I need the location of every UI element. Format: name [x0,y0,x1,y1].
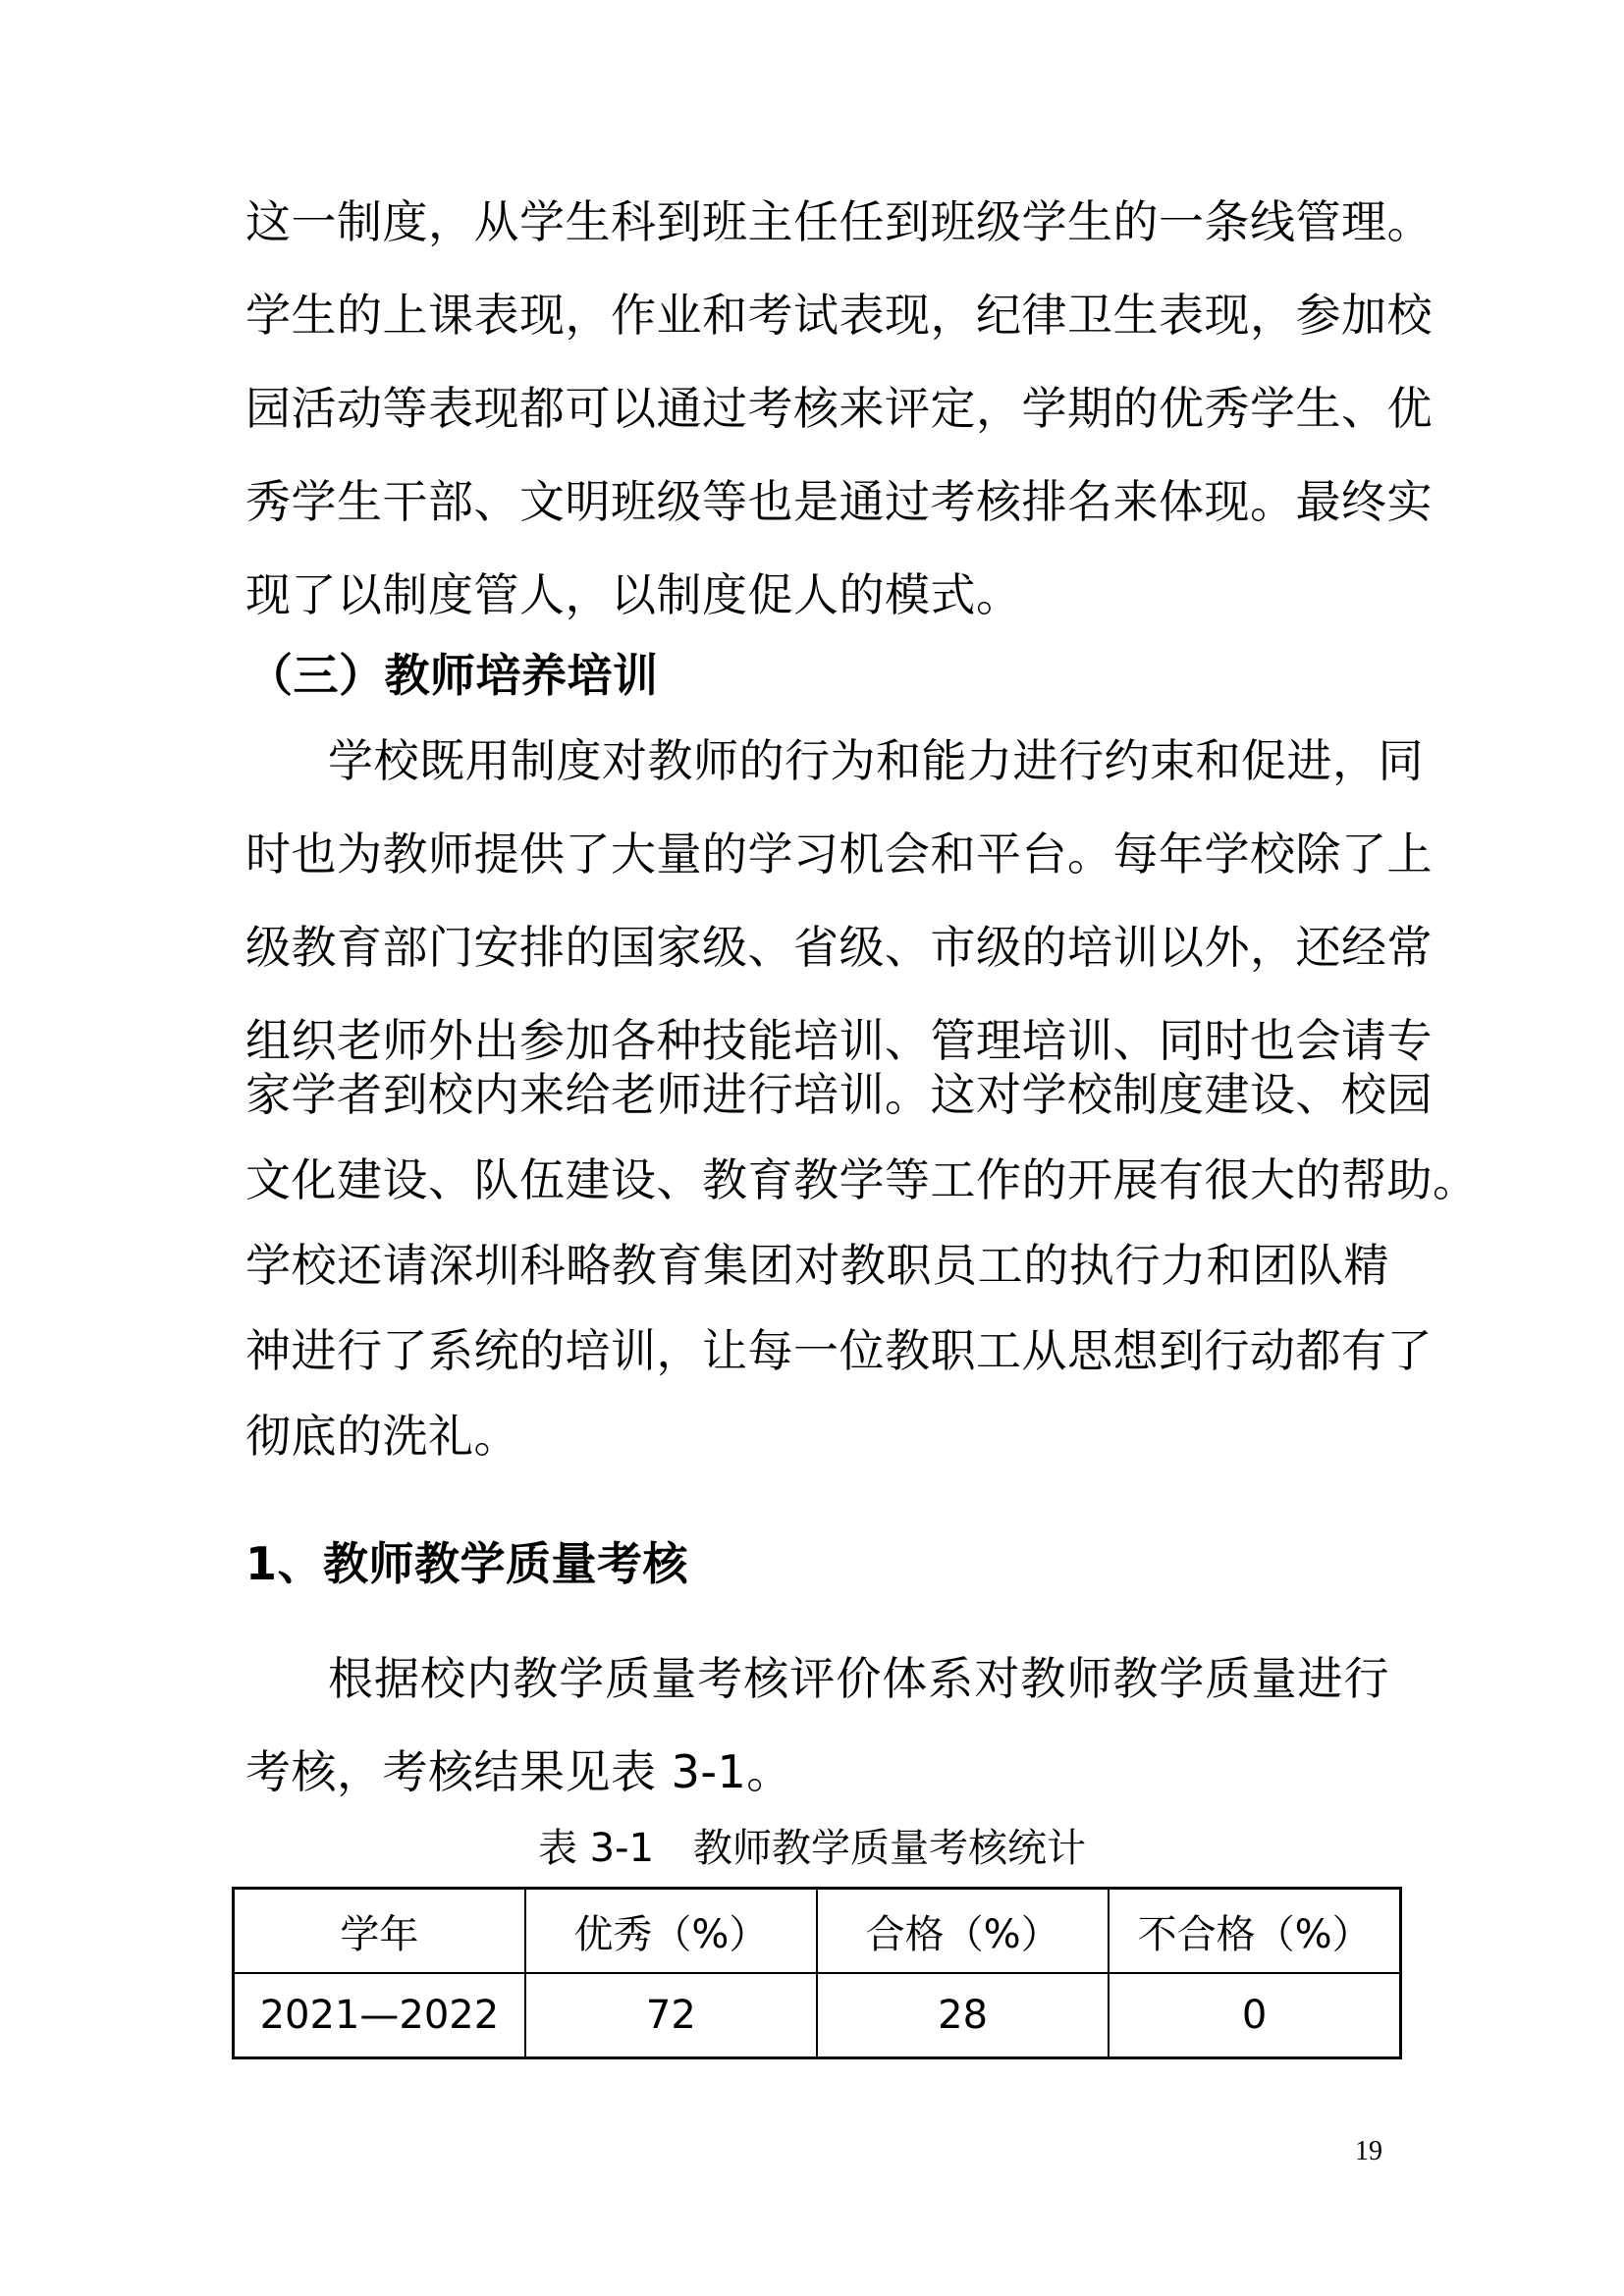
table-header-row: 学年 优秀（%） 合格（%） 不合格（%） [234,1889,1401,1974]
paragraph-line: 家学者到校内来给老师进行培训。这对学校制度建设、校园 [245,1065,1389,1124]
paragraph-line: 现了以制度管人，以制度促人的模式。 [245,565,1389,624]
table-header-cell: 不合格（%） [1109,1889,1400,1974]
paragraph-line: 根据校内教学质量考核评价体系对教师教学质量进行 [245,1649,1389,1708]
table-cell: 0 [1109,1973,1400,2058]
assessment-table: 学年 优秀（%） 合格（%） 不合格（%） 2021—2022 72 28 0 [232,1887,1402,2059]
table-caption: 表 3-1 教师教学质量考核统计 [0,1821,1624,1876]
table-row: 2021—2022 72 28 0 [234,1973,1401,2058]
table-header-cell: 优秀（%） [525,1889,817,1974]
paragraph-line: 时也为教师提供了大量的学习机会和平台。每年学校除了上 [245,825,1389,883]
section-heading: （三）教师培养培训 [247,646,1391,705]
document-page: 这一制度，从学生科到班主任任到班级学生的一条线管理。 学生的上课表现，作业和考试… [0,0,1624,2296]
paragraph-line: 彻底的洗礼。 [245,1407,1389,1466]
table-header-cell: 学年 [234,1889,525,1974]
paragraph-line: 组织老师外出参加各种技能培训、管理培训、同时也会请专 [245,1011,1389,1070]
table-cell: 2021—2022 [234,1973,525,2058]
paragraph-line: 学校还请深圳科略教育集团对教职员工的执行力和团队精 [245,1236,1389,1295]
paragraph-line: 这一制度，从学生科到班主任任到班级学生的一条线管理。 [245,192,1389,251]
paragraph-line: 学校既用制度对教师的行为和能力进行约束和促进，同 [245,731,1389,790]
paragraph-line: 园活动等表现都可以通过考核来评定，学期的优秀学生、优 [245,379,1389,438]
paragraph-line: 考核，考核结果见表 3-1。 [245,1742,1389,1801]
paragraph-line: 文化建设、队伍建设、教育教学等工作的开展有很大的帮助。 [245,1150,1389,1209]
paragraph-line: 学生的上课表现，作业和考试表现，纪律卫生表现，参加校 [245,286,1389,345]
table-cell: 28 [817,1973,1109,2058]
page-number: 19 [1355,2136,1382,2167]
paragraph-line: 神进行了系统的培训，让每一位教职工从思想到行动都有了 [245,1321,1389,1380]
table-cell: 72 [525,1973,817,2058]
paragraph-line: 秀学生干部、文明班级等也是通过考核排名来体现。最终实 [245,472,1389,531]
table-header-cell: 合格（%） [817,1889,1109,1974]
subsection-heading: 1、教师教学质量考核 [245,1534,1389,1593]
paragraph-line: 级教育部门安排的国家级、省级、市级的培训以外，还经常 [245,918,1389,977]
